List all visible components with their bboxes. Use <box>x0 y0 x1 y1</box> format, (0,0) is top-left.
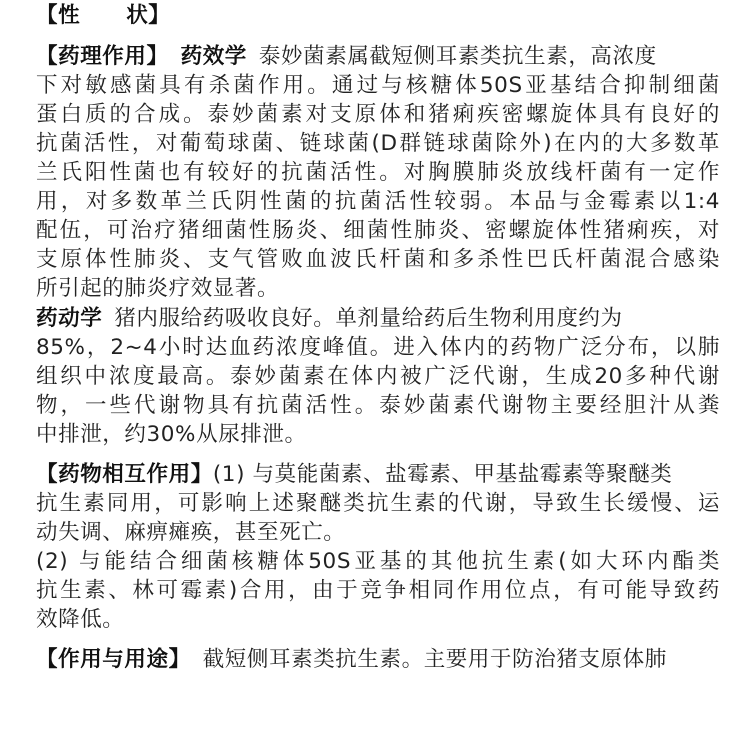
paragraph-line: 中排泄，约30%从尿排泄。 <box>36 421 307 449</box>
paragraph-line: 抗生素、林可霉素)合用，由于竞争相同作用位点，有可能导致药 <box>36 577 720 605</box>
paragraph-line: 所引起的肺炎疗效显著。 <box>36 275 279 303</box>
paragraph-line: 下对敏感菌具有杀菌作用。通过与核糖体50S亚基结合抑制细菌 <box>36 72 720 100</box>
paragraph-line: 截短侧耳素类抗生素。主要用于防治猪支原体肺 <box>203 647 667 672</box>
uses-first-line: 【作用与用途】截短侧耳素类抗生素。主要用于防治猪支原体肺 <box>36 646 667 674</box>
section-heading-xingzhuang: 【性状】 <box>36 2 170 30</box>
paragraph-line: 配伍，可治疗猪细菌性肠炎、细菌性肺炎、密螺旋体性猪痢疾，对 <box>36 217 720 245</box>
paragraph-line: 抗生素同用，可影响上述聚醚类抗生素的代谢，导致生长缓慢、运 <box>36 490 720 518</box>
paragraph-line: 抗菌活性，对葡萄球菌、链球菌(D群链球菌除外)在内的大多数革 <box>36 130 720 158</box>
paragraph-line: 85%，2~4小时达血药浓度峰值。进入体内的药物广泛分布，以肺 <box>36 334 720 362</box>
pharmacokinetics-first-line: 药动学猪内服给药吸收良好。单剂量给药后生物利用度约为 <box>36 305 623 333</box>
paragraph-line: (1) 与莫能菌素、盐霉素、甲基盐霉素等聚醚类 <box>213 462 673 487</box>
paragraph-line: 猪内服给药吸收良好。单剂量给药后生物利用度约为 <box>114 306 622 331</box>
paragraph-line: 效降低。 <box>36 606 124 634</box>
subheading-pharmacokinetics: 药动学 <box>36 306 102 331</box>
section-heading-pharmacology: 【药理作用】 <box>36 44 169 69</box>
heading-part-left: 【性 <box>36 3 80 28</box>
paragraph-line: 物，一些代谢物具有抗菌活性。泰妙菌素代谢物主要经胆汁从粪 <box>36 392 720 420</box>
pharmacology-first-line: 【药理作用】药效学泰妙菌素属截短侧耳素类抗生素，高浓度 <box>36 43 720 71</box>
paragraph-line: 蛋白质的合成。泰妙菌素对支原体和猪痢疾密螺旋体具有良好的 <box>36 101 720 129</box>
paragraph-line: 泰妙菌素属截短侧耳素类抗生素，高浓度 <box>259 44 657 69</box>
interactions-first-line: 【药物相互作用】(1) 与莫能菌素、盐霉素、甲基盐霉素等聚醚类 <box>36 461 720 489</box>
paragraph-line: 用，对多数革兰氏阴性菌的抗菌活性较弱。本品与金霉素以1:4 <box>36 188 720 216</box>
section-heading-uses: 【作用与用途】 <box>36 647 191 672</box>
paragraph-line: (2) 与能结合细菌核糖体50S亚基的其他抗生素(如大环内酯类 <box>36 548 720 576</box>
paragraph-line: 动失调、麻痹瘫痪，甚至死亡。 <box>36 519 345 547</box>
heading-part-right: 状】 <box>126 3 170 28</box>
section-heading-interactions: 【药物相互作用】 <box>36 462 213 487</box>
paragraph-line: 组织中浓度最高。泰妙菌素在体内被广泛代谢，生成20多种代谢 <box>36 363 720 391</box>
paragraph-line: 兰氏阳性菌也有较好的抗菌活性。对胸膜肺炎放线杆菌有一定作 <box>36 159 720 187</box>
subheading-pharmacodynamics: 药效学 <box>181 44 247 69</box>
paragraph-line: 支原体性肺炎、支气管败血波氏杆菌和多杀性巴氏杆菌混合感染 <box>36 246 720 274</box>
